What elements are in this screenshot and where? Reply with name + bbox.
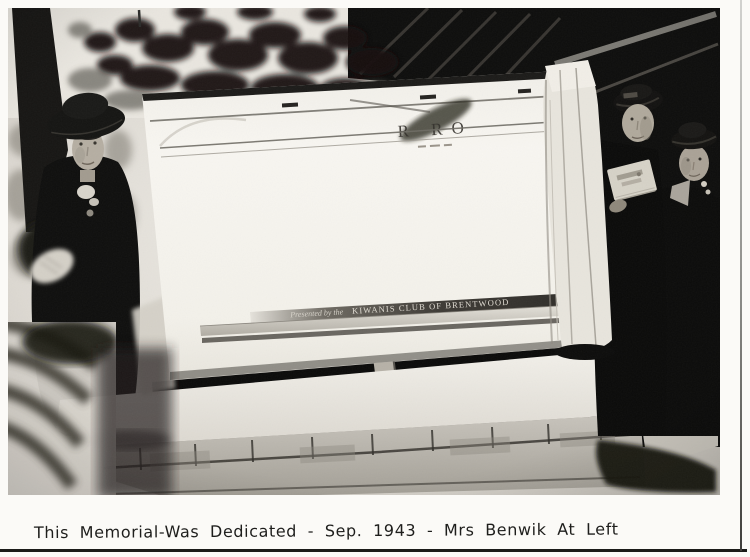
- handwritten-caption: This Memorial-Was Dedicated - Sep. 1943 …: [34, 519, 724, 553]
- page-bottom-rule: [0, 549, 747, 552]
- photo-artwork: R RO Presented by the KIWANIS CLUB OF BR…: [0, 0, 750, 557]
- page-right-rule: [740, 0, 742, 551]
- photograph: R RO Presented by the KIWANIS CLUB OF BR…: [0, 0, 750, 557]
- film-grain: [8, 8, 720, 495]
- scanned-photo-page: R RO Presented by the KIWANIS CLUB OF BR…: [0, 0, 750, 557]
